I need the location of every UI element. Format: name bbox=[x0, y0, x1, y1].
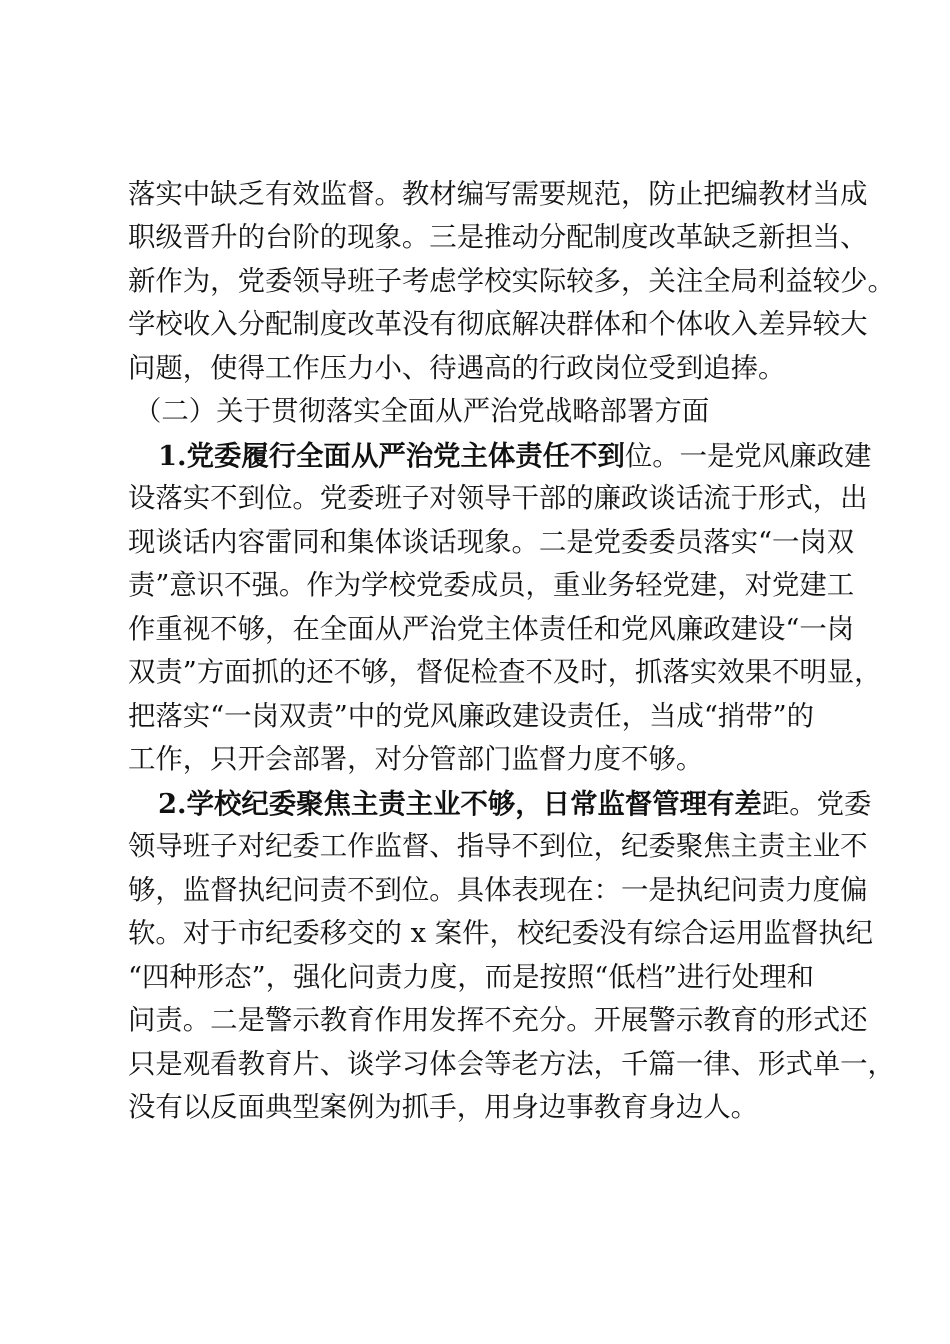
section-heading: （二）关于贯彻落实全面从严治党战略部署方面 bbox=[134, 390, 709, 434]
paragraph-line: 现谈话内容雷同和集体谈话现象。二是党委委员落实“一岗双 bbox=[128, 521, 854, 565]
paragraph-line: 够，监督执纪问责不到位。具体表现在：一是执纪问责力度偏 bbox=[128, 869, 868, 913]
item2-first-line-text: 距。党委 bbox=[762, 789, 872, 820]
paragraph-line: 新作为，党委领导班子考虑学校实际较多，关注全局利益较少。 bbox=[128, 260, 895, 304]
paragraph-line: 双责”方面抓的还不够，督促检查不及时，抓落实效果不明显， bbox=[128, 651, 882, 695]
paragraph-line: 把落实“一岗双责”中的党风廉政建设责任，当成“捎带”的 bbox=[128, 695, 814, 739]
paragraph-line: 领导班子对纪委工作监督、指导不到位，纪委聚焦主责主业不 bbox=[128, 825, 868, 869]
item1-first-line: 1.党委履行全面从严治党主体责任不到位。一是党风廉政建 bbox=[158, 434, 871, 478]
item1-first-line-text: 位。一是党风廉政建 bbox=[625, 441, 872, 472]
paragraph-line: 没有以反面典型案例为抓手，用身边事教育身边人。 bbox=[128, 1086, 758, 1130]
document-page: 落实中缺乏有效监督。教材编写需要规范，防止把编教材当成 职级晋升的台阶的现象。三… bbox=[0, 0, 950, 1344]
paragraph-line: 工作，只开会部署，对分管部门监督力度不够。 bbox=[128, 738, 703, 782]
paragraph-line: 问责。二是警示教育作用发挥不充分。开展警示教育的形式还 bbox=[128, 999, 868, 1043]
paragraph-line: 软。对于市纪委移交的 x 案件，校纪委没有综合运用监督执纪 bbox=[128, 912, 873, 956]
paragraph-line: 只是观看教育片、谈学习体会等老方法，千篇一律、形式单一， bbox=[128, 1043, 895, 1087]
paragraph-line: 设落实不到位。党委班子对领导干部的廉政谈话流于形式，出 bbox=[128, 477, 868, 521]
item1-title: 1.党委履行全面从严治党主体责任不到 bbox=[158, 440, 625, 472]
paragraph-line: 作重视不够，在全面从严治党主体责任和党风廉政建设“一岗 bbox=[128, 608, 854, 652]
paragraph-line: 落实中缺乏有效监督。教材编写需要规范，防止把编教材当成 bbox=[128, 173, 868, 217]
item2-first-line: 2.学校纪委聚焦主责主业不够，日常监督管理有差距。党委 bbox=[158, 782, 871, 826]
paragraph-line: “四种形态”，强化问责力度，而是按照“低档”进行处理和 bbox=[128, 956, 814, 1000]
item2-title: 2.学校纪委聚焦主责主业不够，日常监督管理有差 bbox=[158, 788, 762, 820]
paragraph-line: 责”意识不强。作为学校党委成员，重业务轻党建，对党建工 bbox=[128, 564, 854, 608]
paragraph-line: 职级晋升的台阶的现象。三是推动分配制度改革缺乏新担当、 bbox=[128, 216, 868, 260]
paragraph-line: 学校收入分配制度改革没有彻底解决群体和个体收入差异较大 bbox=[128, 303, 868, 347]
paragraph-line: 问题，使得工作压力小、待遇高的行政岗位受到追捧。 bbox=[128, 347, 785, 391]
